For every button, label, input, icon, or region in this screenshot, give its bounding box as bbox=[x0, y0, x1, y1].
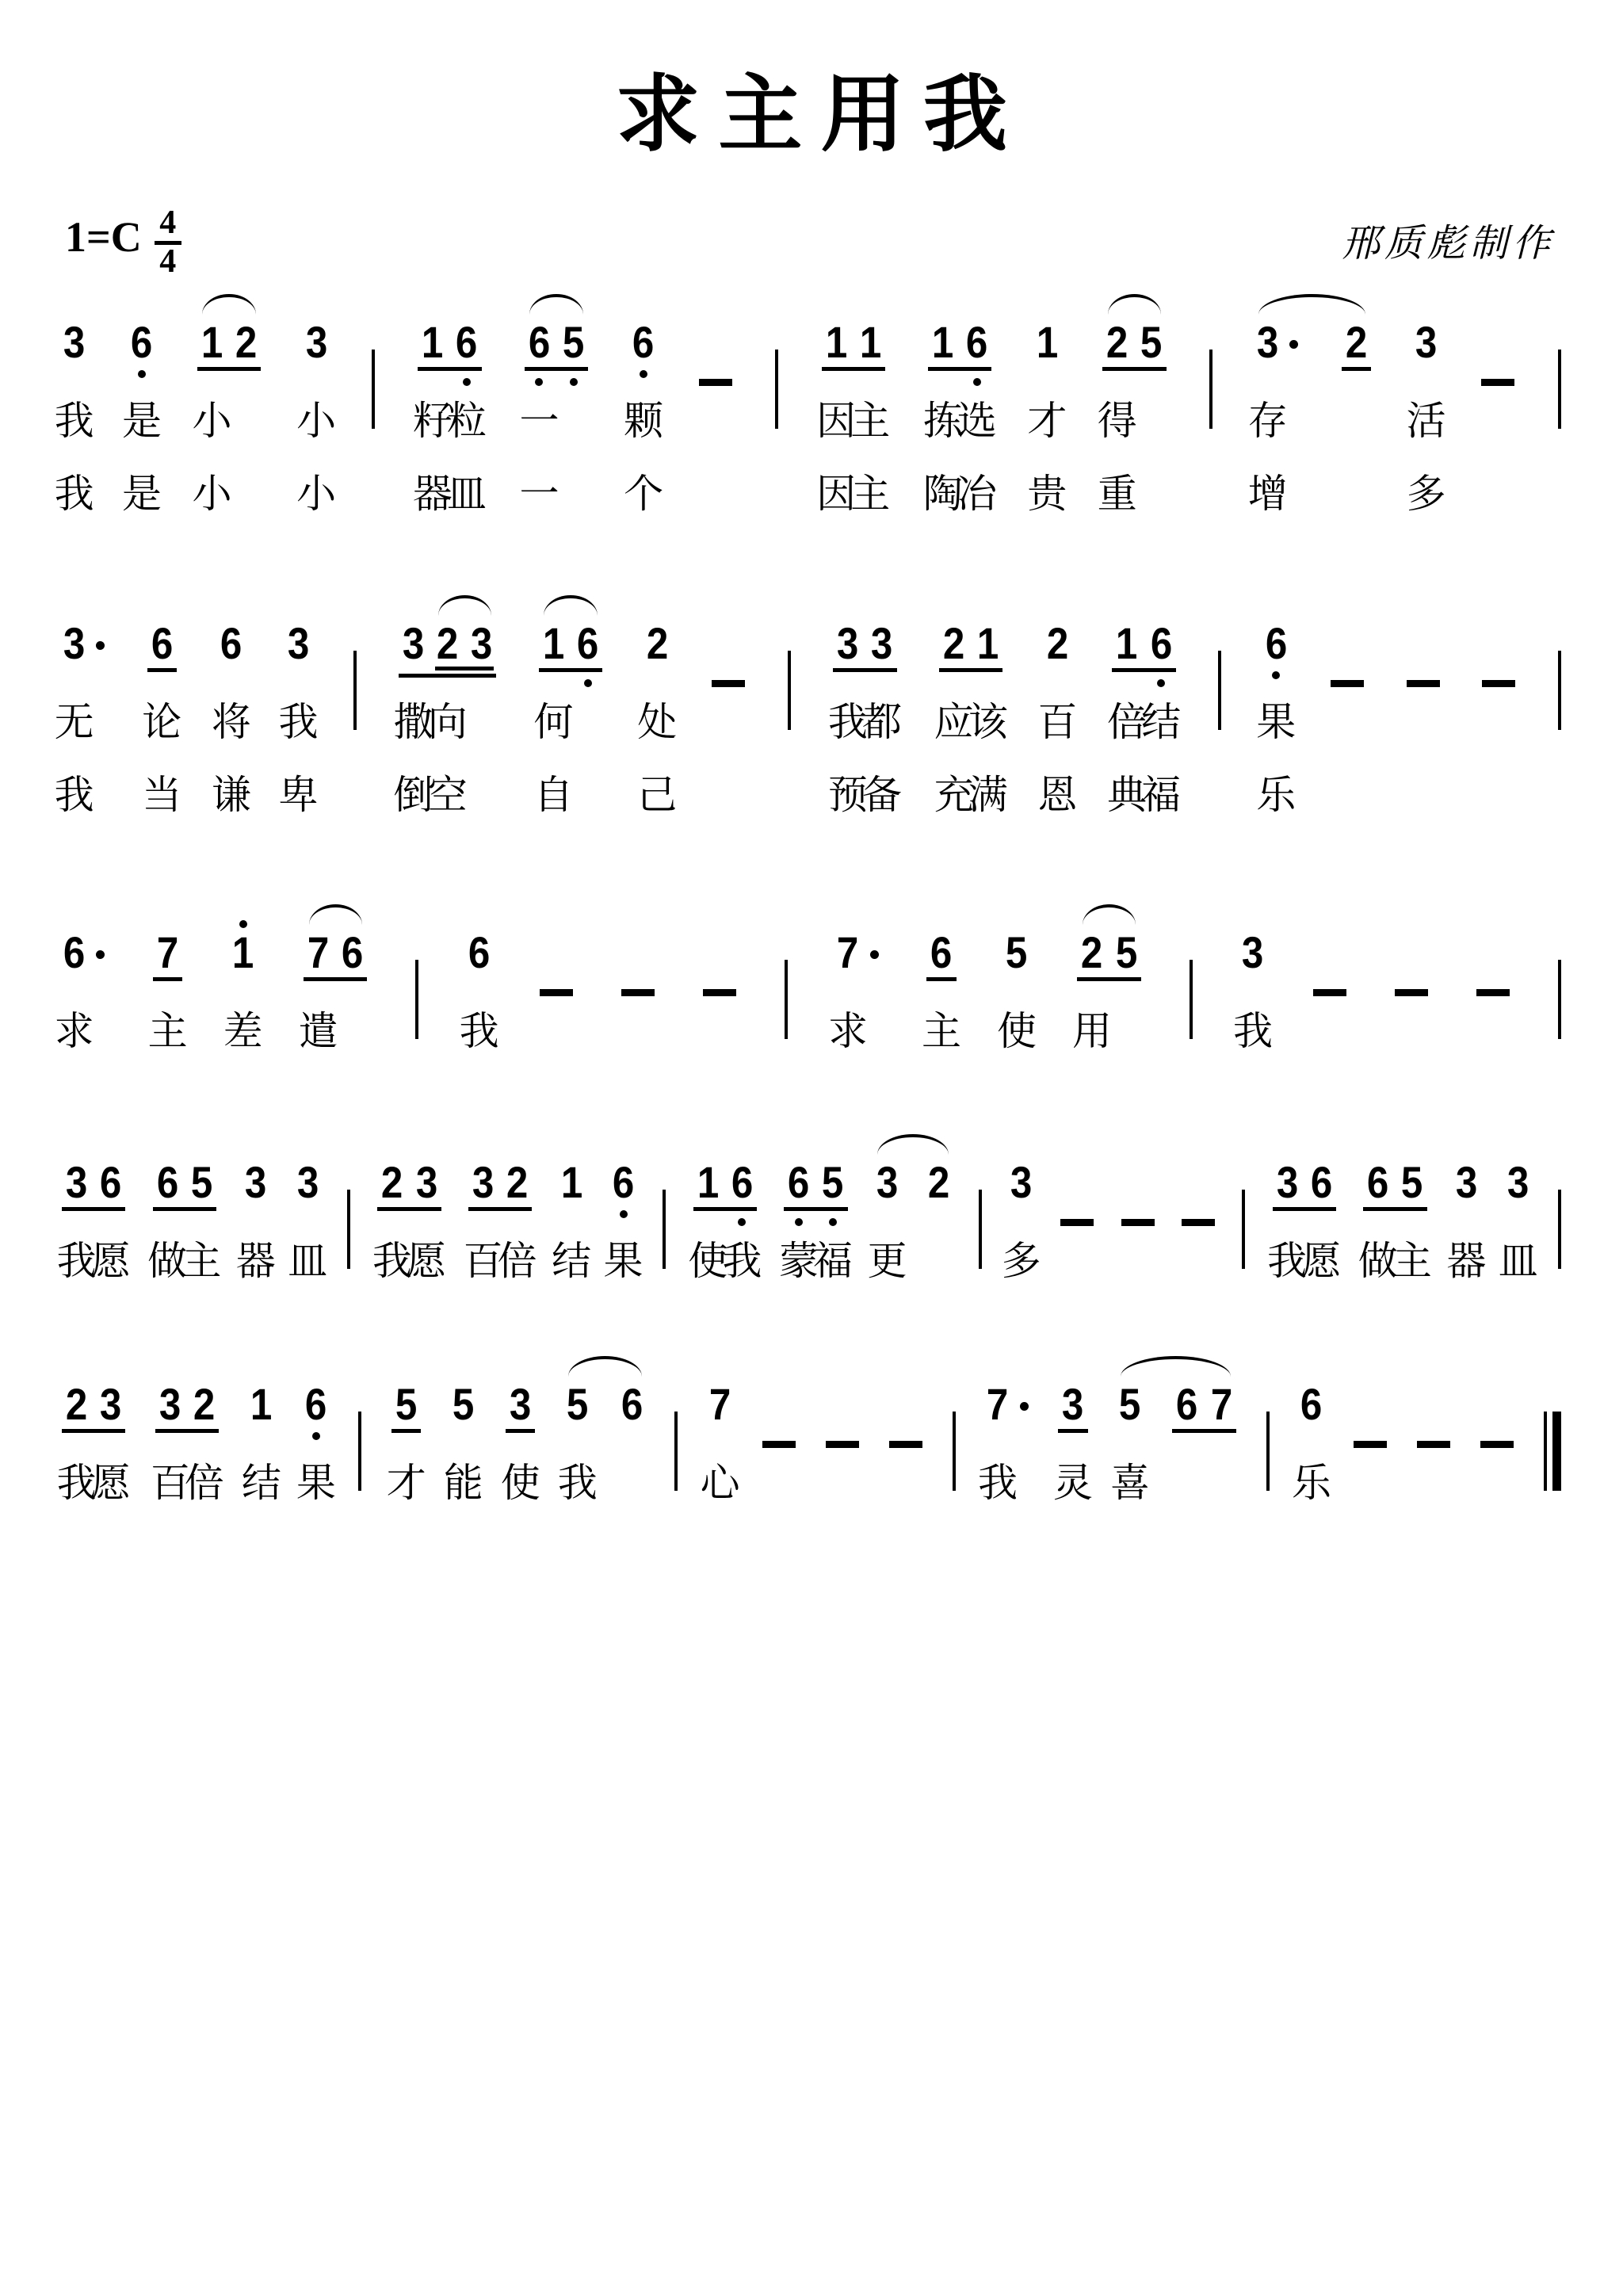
lyric-syllable: 愿 bbox=[1301, 1239, 1341, 1285]
note: 3 bbox=[401, 622, 426, 665]
note-digit: 2 bbox=[647, 622, 668, 665]
note-digit: 1 bbox=[932, 321, 953, 364]
lyric-syllable: 备 bbox=[862, 773, 902, 819]
lyric-syllable: 福 bbox=[1141, 773, 1181, 819]
note: 3 bbox=[98, 1383, 123, 1426]
note: 6 bbox=[454, 321, 479, 364]
note: 6 bbox=[631, 321, 655, 364]
lyric-syllable: 增 bbox=[1248, 472, 1288, 518]
note: 3 bbox=[1454, 1161, 1479, 1204]
note-digit: 6 bbox=[1266, 622, 1287, 665]
note: 5 bbox=[1004, 931, 1029, 974]
octave-dot-below bbox=[535, 378, 543, 386]
note-digit: 3 bbox=[510, 1383, 531, 1426]
note: 6 bbox=[147, 622, 177, 672]
lyric-row: 无论将我撒向何处我都应该百倍结果 bbox=[62, 700, 1561, 749]
lyric-syllable: 主 bbox=[850, 399, 890, 445]
note-digit: 3 bbox=[1276, 1161, 1297, 1204]
lyric-syllable: 主 bbox=[1392, 1239, 1432, 1285]
slur-arc bbox=[544, 595, 597, 616]
note-digit: 3 bbox=[472, 1161, 494, 1204]
lyric-syllable: 卑 bbox=[278, 773, 318, 819]
lyric-syllable: 恩 bbox=[1037, 773, 1077, 819]
note-row: 233216553567735676 bbox=[62, 1343, 1561, 1446]
note-digit: 2 bbox=[235, 321, 257, 364]
note: 3 bbox=[158, 1383, 182, 1426]
note-digit: 1 bbox=[422, 321, 443, 364]
note: 3 bbox=[471, 1161, 495, 1204]
note-digit: 1 bbox=[860, 321, 881, 364]
note-digit: 3 bbox=[1415, 321, 1437, 364]
note-digit: 6 bbox=[930, 931, 952, 974]
lyric-syllable: 能 bbox=[444, 1461, 483, 1507]
note: 2 bbox=[1045, 622, 1070, 665]
octave-dot-below bbox=[640, 370, 647, 378]
note: 6 bbox=[926, 931, 956, 981]
note-digit: 6 bbox=[342, 931, 363, 974]
duration-dash bbox=[1313, 989, 1346, 996]
lyric-syllable: 得 bbox=[1098, 399, 1137, 445]
lyric-syllable: 小 bbox=[192, 399, 231, 445]
duration-dash bbox=[1331, 680, 1364, 687]
note-digit: 6 bbox=[305, 1383, 327, 1426]
slur-arc bbox=[1108, 294, 1161, 315]
lyric-syllable: 用 bbox=[1072, 1009, 1112, 1055]
note-digit: 7 bbox=[157, 931, 178, 974]
beam-group: 16 bbox=[693, 1161, 757, 1211]
note: 2 bbox=[192, 1383, 216, 1426]
note-digit: 5 bbox=[1140, 321, 1162, 364]
beam-group: 65 bbox=[153, 1161, 216, 1211]
lyric-syllable: 何 bbox=[533, 700, 573, 746]
note: 3 bbox=[64, 1161, 89, 1204]
note-digit: 2 bbox=[437, 622, 458, 665]
octave-dot-below bbox=[570, 378, 578, 386]
lyric-syllable: 活 bbox=[1407, 399, 1446, 445]
lyric-syllable: 结 bbox=[242, 1461, 281, 1507]
note: 3 bbox=[62, 622, 105, 665]
note: 6 bbox=[1264, 622, 1289, 665]
lyric-syllable: 心 bbox=[701, 1461, 740, 1507]
lyric-syllable: 满 bbox=[968, 773, 1008, 819]
note-digit: 6 bbox=[632, 321, 654, 364]
lyric-row: 求主差遣我求主使用我 bbox=[62, 1009, 1561, 1058]
duration-dash bbox=[1481, 379, 1514, 386]
note: 3 bbox=[1414, 321, 1438, 364]
note: 7 bbox=[153, 931, 182, 981]
note: 2 bbox=[435, 622, 460, 665]
note: 1 bbox=[858, 321, 883, 364]
note: 7 bbox=[1209, 1383, 1234, 1426]
beam-group: 23 bbox=[62, 1383, 125, 1433]
note: 5 bbox=[1114, 931, 1139, 974]
note-digit: 5 bbox=[567, 1383, 588, 1426]
lyric-syllable: 重 bbox=[1098, 472, 1137, 518]
lyric-syllable: 多 bbox=[1407, 472, 1446, 518]
lyric-syllable: 器 bbox=[1446, 1239, 1486, 1285]
note: 5 bbox=[561, 321, 586, 364]
note: 7 bbox=[835, 931, 878, 974]
duration-dash bbox=[889, 1441, 922, 1448]
song-title: 求主用我 bbox=[0, 70, 1623, 162]
note: 6 bbox=[620, 1383, 644, 1426]
beam-group: 32 bbox=[155, 1383, 219, 1433]
note: 2 bbox=[926, 1161, 951, 1204]
duration-dash bbox=[540, 989, 573, 996]
note-digit: 6 bbox=[966, 321, 987, 364]
note-digit: 3 bbox=[63, 321, 85, 364]
duration-dash bbox=[712, 680, 745, 687]
note: 1 bbox=[200, 321, 224, 364]
lyric-syllable: 百 bbox=[1037, 700, 1077, 746]
octave-dot-below bbox=[1272, 671, 1280, 679]
note: 3 bbox=[1009, 1161, 1033, 1204]
lyric-syllable: 我 bbox=[1233, 1009, 1273, 1055]
lyric-syllable: 结 bbox=[552, 1239, 591, 1285]
lyric-syllable: 愿 bbox=[91, 1239, 131, 1285]
lyric-syllable: 果 bbox=[604, 1239, 643, 1285]
note: 3 bbox=[243, 1161, 268, 1204]
duration-dash bbox=[1407, 680, 1440, 687]
note: 6 bbox=[340, 931, 365, 974]
note: 1 bbox=[1035, 321, 1060, 364]
note: 6 bbox=[730, 1161, 754, 1204]
slur-arc bbox=[438, 595, 491, 616]
note-digit: 7 bbox=[709, 1383, 731, 1426]
staff-system-4: 3665332332161665323366533我愿做主器皿我愿百倍结果使我蒙… bbox=[0, 1121, 1623, 1288]
note: 6 bbox=[304, 1383, 328, 1426]
note-digit: 1 bbox=[201, 321, 223, 364]
note-digit: 6 bbox=[151, 622, 172, 665]
note-digit: 2 bbox=[1345, 321, 1366, 364]
lyric-syllable: 都 bbox=[862, 700, 902, 746]
lyric-syllable: 我 bbox=[558, 1461, 598, 1507]
note-digit: 3 bbox=[63, 622, 85, 665]
beam-group: 25 bbox=[1102, 321, 1166, 371]
duration-dash bbox=[1354, 1441, 1387, 1448]
note: 6 bbox=[129, 321, 154, 364]
note: 1 bbox=[976, 622, 1000, 665]
staff-system-5: 233216553567735676我愿百倍结果才能使我心我灵喜乐 bbox=[0, 1343, 1623, 1510]
note: 6 bbox=[1365, 1161, 1390, 1204]
note-digit: 3 bbox=[403, 622, 424, 665]
lyric-syllable: 果 bbox=[296, 1461, 336, 1507]
note: 3 bbox=[1506, 1161, 1530, 1204]
note-digit: 7 bbox=[837, 931, 858, 974]
note-digit: 3 bbox=[305, 321, 327, 364]
sheet-music-page: 求主用我 1=C 4 4 邢质彪制作 36123166561116125323我… bbox=[0, 0, 1623, 2296]
lyric-syllable: 主 bbox=[148, 1009, 188, 1055]
slur-arc bbox=[1258, 294, 1365, 315]
note: 2 bbox=[380, 1161, 404, 1204]
note-digit: 2 bbox=[506, 1161, 528, 1204]
octave-dot-below bbox=[829, 1218, 837, 1226]
beam-group: 11 bbox=[822, 321, 885, 371]
duration-dash bbox=[1182, 1219, 1215, 1226]
note: 1 bbox=[696, 1161, 720, 1204]
lyric-syllable: 喜 bbox=[1110, 1461, 1150, 1507]
note-digit: 5 bbox=[822, 1161, 843, 1204]
lyric-syllable: 才 bbox=[1027, 399, 1067, 445]
note-digit: 6 bbox=[468, 931, 490, 974]
duration-dash bbox=[1482, 680, 1515, 687]
lyric-syllable: 论 bbox=[142, 700, 181, 746]
note-digit: 3 bbox=[1062, 1383, 1083, 1426]
slur-arc bbox=[1083, 904, 1136, 925]
lyric-syllable: 选 bbox=[957, 399, 997, 445]
beam-group: 16 bbox=[1112, 622, 1175, 672]
note-digit: 2 bbox=[66, 1383, 87, 1426]
octave-dot-below bbox=[973, 378, 981, 386]
note: 5 bbox=[1400, 1161, 1424, 1204]
lyric-syllable: 我 bbox=[55, 773, 94, 819]
lyric-syllable: 颗 bbox=[624, 399, 663, 445]
beam-group: 23 bbox=[377, 1161, 441, 1211]
note-digit: 2 bbox=[1081, 931, 1102, 974]
beam-group: 23 bbox=[435, 622, 494, 670]
note: 1 bbox=[420, 321, 445, 364]
note-digit: 5 bbox=[191, 1161, 212, 1204]
lyric-syllable: 我 bbox=[460, 1009, 499, 1055]
note-row: 366332316233212166 bbox=[62, 583, 1561, 686]
note-digit: 6 bbox=[456, 321, 477, 364]
note-digit: 3 bbox=[296, 1161, 318, 1204]
note: 3 bbox=[869, 622, 894, 665]
note-row: 3665332332161665323366533 bbox=[62, 1121, 1561, 1224]
lyric-syllable: 倍 bbox=[185, 1461, 224, 1507]
note-digit: 6 bbox=[220, 622, 242, 665]
note-digit: 2 bbox=[928, 1161, 949, 1204]
note-digit: 2 bbox=[381, 1161, 403, 1204]
lyric-syllable: 我 bbox=[278, 700, 318, 746]
staff-system-1: 36123166561116125323我是小小籽粒一颗因主拣选才得存活我是小小… bbox=[0, 281, 1623, 521]
lyric-syllable: 我 bbox=[978, 1461, 1018, 1507]
slur-arc bbox=[202, 294, 255, 315]
beam-group: 21 bbox=[939, 622, 1002, 672]
augmentation-dot bbox=[96, 641, 105, 650]
note-digit: 6 bbox=[1367, 1161, 1388, 1204]
note: 1 bbox=[249, 1383, 273, 1426]
lyric-syllable: 求 bbox=[828, 1009, 868, 1055]
lyric-syllable: 主 bbox=[850, 472, 890, 518]
lyric-syllable: 主 bbox=[181, 1239, 221, 1285]
note-digit: 2 bbox=[1106, 321, 1128, 364]
lyric-syllable: 小 bbox=[296, 399, 336, 445]
note: 2 bbox=[645, 622, 670, 665]
note-digit: 6 bbox=[788, 1161, 809, 1204]
note: 7 bbox=[985, 1383, 1028, 1426]
note: 3 bbox=[286, 622, 311, 665]
note: 3 bbox=[296, 1161, 320, 1204]
note-digit: 1 bbox=[1116, 622, 1137, 665]
beam-group: 36 bbox=[62, 1161, 125, 1211]
note-digit: 6 bbox=[1311, 1161, 1332, 1204]
note: 2 bbox=[505, 1161, 529, 1204]
lyric-syllable: 贵 bbox=[1027, 472, 1067, 518]
lyric-syllable: 个 bbox=[624, 472, 663, 518]
note: 2 bbox=[1105, 321, 1129, 364]
lyric-row: 我愿百倍结果才能使我心我灵喜乐 bbox=[62, 1461, 1561, 1510]
lyric-syllable: 小 bbox=[296, 472, 336, 518]
note: 5 bbox=[189, 1161, 214, 1204]
lyric-syllable: 是 bbox=[122, 472, 162, 518]
note-digit: 6 bbox=[621, 1383, 643, 1426]
note-digit: 6 bbox=[529, 321, 550, 364]
note-digit: 6 bbox=[731, 1161, 753, 1204]
lyric-syllable: 主 bbox=[922, 1009, 961, 1055]
duration-dash bbox=[621, 989, 655, 996]
note: 3 bbox=[1255, 321, 1298, 364]
slur-arc bbox=[877, 1134, 948, 1155]
note: 2 bbox=[1342, 321, 1371, 371]
beam-group: 32 bbox=[468, 1161, 532, 1211]
note: 3 bbox=[506, 1383, 535, 1433]
duration-dash bbox=[762, 1441, 796, 1448]
beam-group: 65 bbox=[784, 1161, 847, 1211]
note-digit: 7 bbox=[1210, 1383, 1232, 1426]
lyric-syllable: 多 bbox=[1002, 1239, 1041, 1285]
duration-dash bbox=[1476, 989, 1510, 996]
note: 6 bbox=[62, 931, 105, 974]
octave-dot-below bbox=[738, 1218, 746, 1226]
lyric-syllable: 向 bbox=[428, 700, 468, 746]
note: 1 bbox=[231, 931, 255, 974]
note-digit: 1 bbox=[825, 321, 846, 364]
note-digit: 1 bbox=[232, 931, 254, 974]
note-digit: 5 bbox=[1401, 1161, 1423, 1204]
octave-dot-below bbox=[620, 1210, 628, 1218]
composer-credit: 邢质彪制作 bbox=[1342, 212, 1555, 267]
note-digit: 3 bbox=[159, 1383, 181, 1426]
augmentation-dot bbox=[1289, 340, 1298, 349]
note-digit: 1 bbox=[543, 622, 564, 665]
note: 6 bbox=[786, 1161, 811, 1204]
lyric-syllable: 无 bbox=[55, 700, 94, 746]
note-digit: 3 bbox=[876, 1161, 898, 1204]
note: 3 bbox=[304, 321, 329, 364]
duration-dash bbox=[699, 379, 732, 386]
lyric-syllable: 使 bbox=[501, 1461, 540, 1507]
note-digit: 3 bbox=[871, 622, 892, 665]
lyric-row: 我愿做主器皿我愿百倍结果使我蒙福更多我愿做主器皿 bbox=[62, 1239, 1561, 1288]
note-digit: 6 bbox=[613, 1161, 634, 1204]
note-digit: 1 bbox=[1037, 321, 1058, 364]
note-digit: 3 bbox=[837, 622, 858, 665]
note-digit: 3 bbox=[245, 1161, 266, 1204]
slur-arc bbox=[529, 294, 582, 315]
beam-group: 33 bbox=[833, 622, 896, 672]
note-digit: 5 bbox=[1006, 931, 1027, 974]
note: 1 bbox=[1114, 622, 1139, 665]
lyric-syllable: 己 bbox=[637, 773, 677, 819]
augmentation-dot bbox=[96, 950, 105, 959]
lyric-syllable: 将 bbox=[212, 700, 251, 746]
octave-dot-below bbox=[1157, 679, 1165, 687]
note: 3 bbox=[62, 321, 86, 364]
beam-group: 76 bbox=[304, 931, 367, 981]
duration-dash bbox=[1060, 1219, 1094, 1226]
lyric-syllable: 使 bbox=[997, 1009, 1037, 1055]
note: 3 bbox=[835, 622, 860, 665]
lyric-syllable: 求 bbox=[55, 1009, 94, 1055]
note-digit: 3 bbox=[1507, 1161, 1529, 1204]
note-digit: 6 bbox=[100, 1161, 121, 1204]
note: 5 bbox=[565, 1383, 590, 1426]
duration-dash bbox=[1480, 1441, 1514, 1448]
note: 2 bbox=[941, 622, 966, 665]
note: 6 bbox=[98, 1161, 123, 1204]
note-digit: 5 bbox=[1115, 931, 1136, 974]
lyric-syllable: 我 bbox=[55, 399, 94, 445]
lyric-syllable: 倍 bbox=[498, 1239, 537, 1285]
lyric-syllable: 我 bbox=[55, 472, 94, 518]
duration-dash bbox=[1395, 989, 1428, 996]
note-digit: 5 bbox=[1119, 1383, 1140, 1426]
note: 6 bbox=[467, 931, 491, 974]
note: 7 bbox=[708, 1383, 732, 1426]
note-digit: 3 bbox=[1456, 1161, 1477, 1204]
note-digit: 5 bbox=[395, 1383, 417, 1426]
note-digit: 6 bbox=[1176, 1383, 1197, 1426]
lyric-syllable: 冶 bbox=[957, 472, 997, 518]
beam-group: 16 bbox=[928, 321, 991, 371]
note: 6 bbox=[1299, 1383, 1323, 1426]
lyric-syllable: 谦 bbox=[212, 773, 251, 819]
lyric-syllable: 皿 bbox=[447, 472, 487, 518]
note: 1 bbox=[824, 321, 849, 364]
lyric-syllable: 小 bbox=[192, 472, 231, 518]
note: 5 bbox=[820, 1161, 845, 1204]
note-digit: 6 bbox=[63, 931, 85, 974]
duration-dash bbox=[1121, 1219, 1155, 1226]
note: 1 bbox=[541, 622, 566, 665]
note: 6 bbox=[219, 622, 243, 665]
beam-group: 65 bbox=[1363, 1161, 1426, 1211]
lyric-syllable: 处 bbox=[637, 700, 677, 746]
lyric-syllable: 结 bbox=[1141, 700, 1181, 746]
note: 3 bbox=[1058, 1383, 1087, 1433]
slur-arc bbox=[309, 904, 362, 925]
note-digit: 7 bbox=[987, 1383, 1008, 1426]
note-digit: 3 bbox=[1242, 931, 1263, 974]
lyric-syllable: 愿 bbox=[91, 1461, 131, 1507]
beam-group: 12 bbox=[197, 321, 261, 371]
lyric-syllable: 遣 bbox=[299, 1009, 338, 1055]
lyric-syllable: 果 bbox=[1256, 700, 1296, 746]
note-digit: 1 bbox=[697, 1161, 719, 1204]
note: 5 bbox=[391, 1383, 421, 1433]
note: 3 bbox=[1240, 931, 1265, 974]
note-digit: 3 bbox=[66, 1161, 87, 1204]
beam-group: 67 bbox=[1172, 1383, 1235, 1433]
beam-group: 65 bbox=[525, 321, 588, 371]
lyric-syllable: 乐 bbox=[1256, 773, 1296, 819]
note: 6 bbox=[155, 1161, 180, 1204]
note: 5 bbox=[1139, 321, 1163, 364]
lyric-syllable: 皿 bbox=[288, 1239, 327, 1285]
note-digit: 3 bbox=[471, 622, 492, 665]
time-signature-numerator: 4 bbox=[159, 208, 176, 239]
lyric-syllable: 愿 bbox=[407, 1239, 446, 1285]
note-digit: 3 bbox=[415, 1161, 437, 1204]
note-digit: 5 bbox=[563, 321, 584, 364]
lyric-syllable: 该 bbox=[968, 700, 1008, 746]
beam-group: 16 bbox=[539, 622, 602, 672]
octave-dot-below bbox=[584, 679, 592, 687]
augmentation-dot bbox=[870, 950, 879, 959]
note: 6 bbox=[964, 321, 989, 364]
octave-dot-below bbox=[463, 378, 471, 386]
